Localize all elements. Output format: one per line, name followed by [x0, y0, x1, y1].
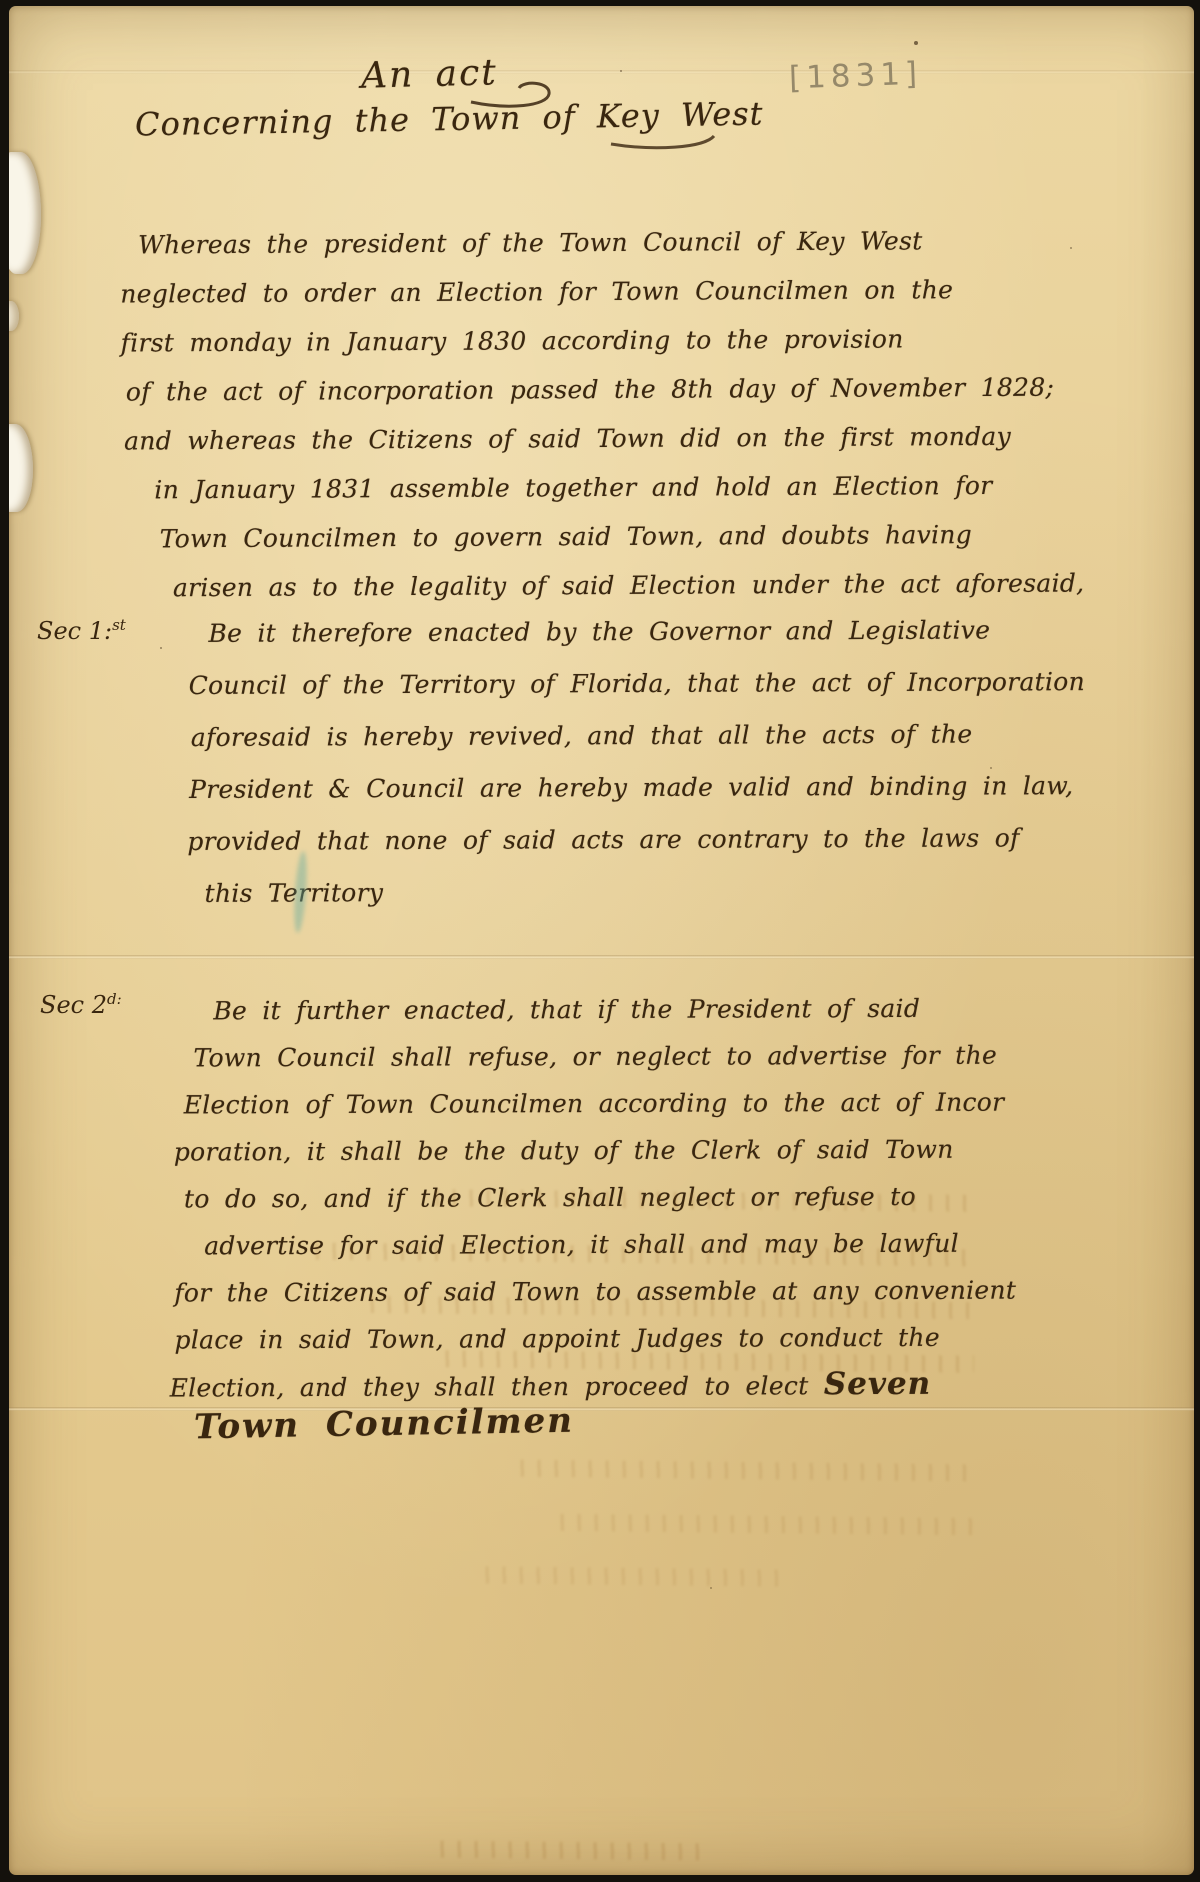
manuscript-line: this Territory — [204, 864, 1086, 920]
manuscript-line: provided that none of said acts are cont… — [187, 812, 1086, 868]
manuscript-line: of the act of incorporation passed the 8… — [126, 362, 1084, 416]
manuscript-line: President & Council are hereby made vali… — [189, 760, 1086, 816]
section-marker-superscript: d: — [107, 990, 122, 1008]
bleedthrough-marks — [554, 1514, 974, 1535]
manuscript-line: Election of Town Councilmen according to… — [184, 1079, 1016, 1129]
bleedthrough-marks — [434, 1841, 704, 1861]
section-1-paragraph: Be it therefore enacted by the Governor … — [188, 604, 1086, 920]
manuscript-line: and whereas the Citizens of said Town di… — [124, 411, 1084, 465]
document-title-line2: Concerning the Town of Key West — [135, 95, 764, 144]
bleedthrough-marks — [479, 1566, 789, 1586]
paper-tear — [9, 301, 19, 331]
manuscript-line: Council of the Territory of Florida, tha… — [189, 656, 1086, 712]
preamble-paragraph: Whereas the president of the Town Counci… — [120, 215, 1085, 612]
manuscript-line: poration, it shall be the duty of the Cl… — [174, 1126, 1016, 1176]
manuscript-line: in January 1831 assemble together and ho… — [154, 460, 1084, 514]
section-marker-text: Sec 2 — [40, 991, 107, 1019]
manuscript-line: aforesaid is hereby revived, and that al… — [191, 708, 1086, 764]
closing-line: Town Councilmen — [194, 1401, 575, 1448]
fold-crease — [9, 955, 1194, 959]
paper-speckles — [914, 41, 918, 45]
paper-tear — [9, 152, 41, 274]
section-marker-superscript: st — [112, 616, 126, 634]
manuscript-line-text: Election, and they shall then proceed to… — [170, 1371, 809, 1402]
manuscript-page: [1831] An act Concerning the Town of Key… — [9, 6, 1194, 1875]
manuscript-line: neglected to order an Election for Town … — [120, 264, 1083, 318]
paper-tear — [9, 424, 33, 512]
bleedthrough-marks — [514, 1460, 969, 1482]
manuscript-line: Be it therefore enacted by the Governor … — [208, 604, 1085, 660]
manuscript-line: Be it further enacted, that if the Presi… — [213, 985, 1015, 1035]
manuscript-line: Town Councilmen to govern said Town, and… — [160, 509, 1085, 563]
fold-crease — [9, 70, 1194, 74]
year-annotation: [1831] — [788, 56, 922, 97]
section-2-marker: Sec 2d: — [40, 990, 122, 1019]
document-title-line1: An act — [360, 52, 498, 97]
manuscript-line: Town Council shall refuse, or neglect to… — [193, 1032, 1015, 1082]
manuscript-line: first monday in January 1830 according t… — [120, 313, 1083, 367]
section-1-marker: Sec 1:st — [37, 616, 126, 645]
section-marker-text: Sec 1: — [37, 617, 112, 645]
manuscript-line: Whereas the president of the Town Counci… — [138, 215, 1083, 269]
